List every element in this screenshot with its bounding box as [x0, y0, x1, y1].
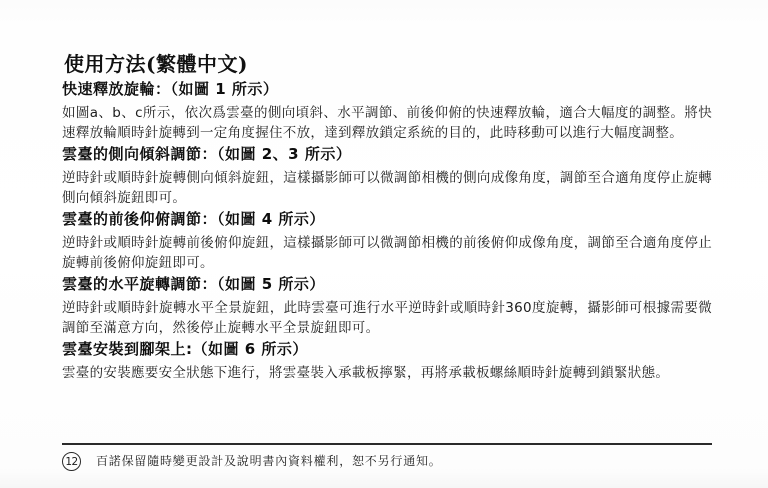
section-body: 逆時針或順時針旋轉水平全景旋鈕，此時雲臺可進行水平逆時針或順時針360度旋轉，攝… — [62, 298, 712, 338]
section-mount-to-tripod: 雲臺安裝到腳架上:（如圖 6 所示） 雲臺的安裝應要安全狀態下進行，將雲臺裝入承… — [62, 341, 712, 383]
page-number-badge: 12 — [62, 452, 81, 471]
section-body: 雲臺的安裝應要安全狀態下進行，將雲臺裝入承載板擰緊，再將承載板螺絲順時針旋轉到鎖… — [62, 363, 712, 383]
section-heading: 快速釋放旋輪：（如圖 1 所示） — [62, 81, 712, 98]
section-heading: 雲臺的前後仰俯調節：（如圖 4 所示） — [62, 211, 712, 228]
section-body: 如圖a、b、c所示，依次爲雲臺的側向頃斜、水平調節、前後仰俯的快速釋放輪，適合大… — [62, 103, 712, 143]
section-body: 逆時針或順時針旋轉側向傾斜旋鈕，這樣攝影師可以微調節相機的側向成像角度，調節至合… — [62, 168, 712, 208]
section-body: 逆時針或順時針旋轉前後俯仰旋鈕，這樣攝影師可以微調節相機的前後俯仰成像角度，調節… — [62, 233, 712, 273]
footer-row: 12 百諾保留隨時變更設計及說明書內資料權利，恕不另行通知。 — [62, 452, 712, 471]
section-panorama-rotation: 雲臺的水平旋轉調節：（如圖 5 所示） 逆時針或順時針旋轉水平全景旋鈕，此時雲臺… — [62, 276, 712, 338]
footer-divider — [62, 443, 712, 445]
page-title: 使用方法(繁體中文) — [64, 53, 712, 75]
section-heading: 雲臺安裝到腳架上:（如圖 6 所示） — [62, 341, 712, 358]
manual-page: 使用方法(繁體中文) 快速釋放旋輪：（如圖 1 所示） 如圖a、b、c所示，依次… — [0, 0, 768, 488]
section-heading: 雲臺的側向傾斜調節：（如圖 2、3 所示） — [62, 146, 712, 163]
section-front-back-tilt: 雲臺的前後仰俯調節：（如圖 4 所示） 逆時針或順時針旋轉前後俯仰旋鈕，這樣攝影… — [62, 211, 712, 273]
footer-note: 百諾保留隨時變更設計及說明書內資料權利，恕不另行通知。 — [96, 454, 442, 469]
page-footer: 12 百諾保留隨時變更設計及說明書內資料權利，恕不另行通知。 — [62, 443, 712, 471]
section-quick-release: 快速釋放旋輪：（如圖 1 所示） 如圖a、b、c所示，依次爲雲臺的側向頃斜、水平… — [62, 81, 712, 143]
section-heading: 雲臺的水平旋轉調節：（如圖 5 所示） — [62, 276, 712, 293]
section-lateral-tilt: 雲臺的側向傾斜調節：（如圖 2、3 所示） 逆時針或順時針旋轉側向傾斜旋鈕，這樣… — [62, 146, 712, 208]
